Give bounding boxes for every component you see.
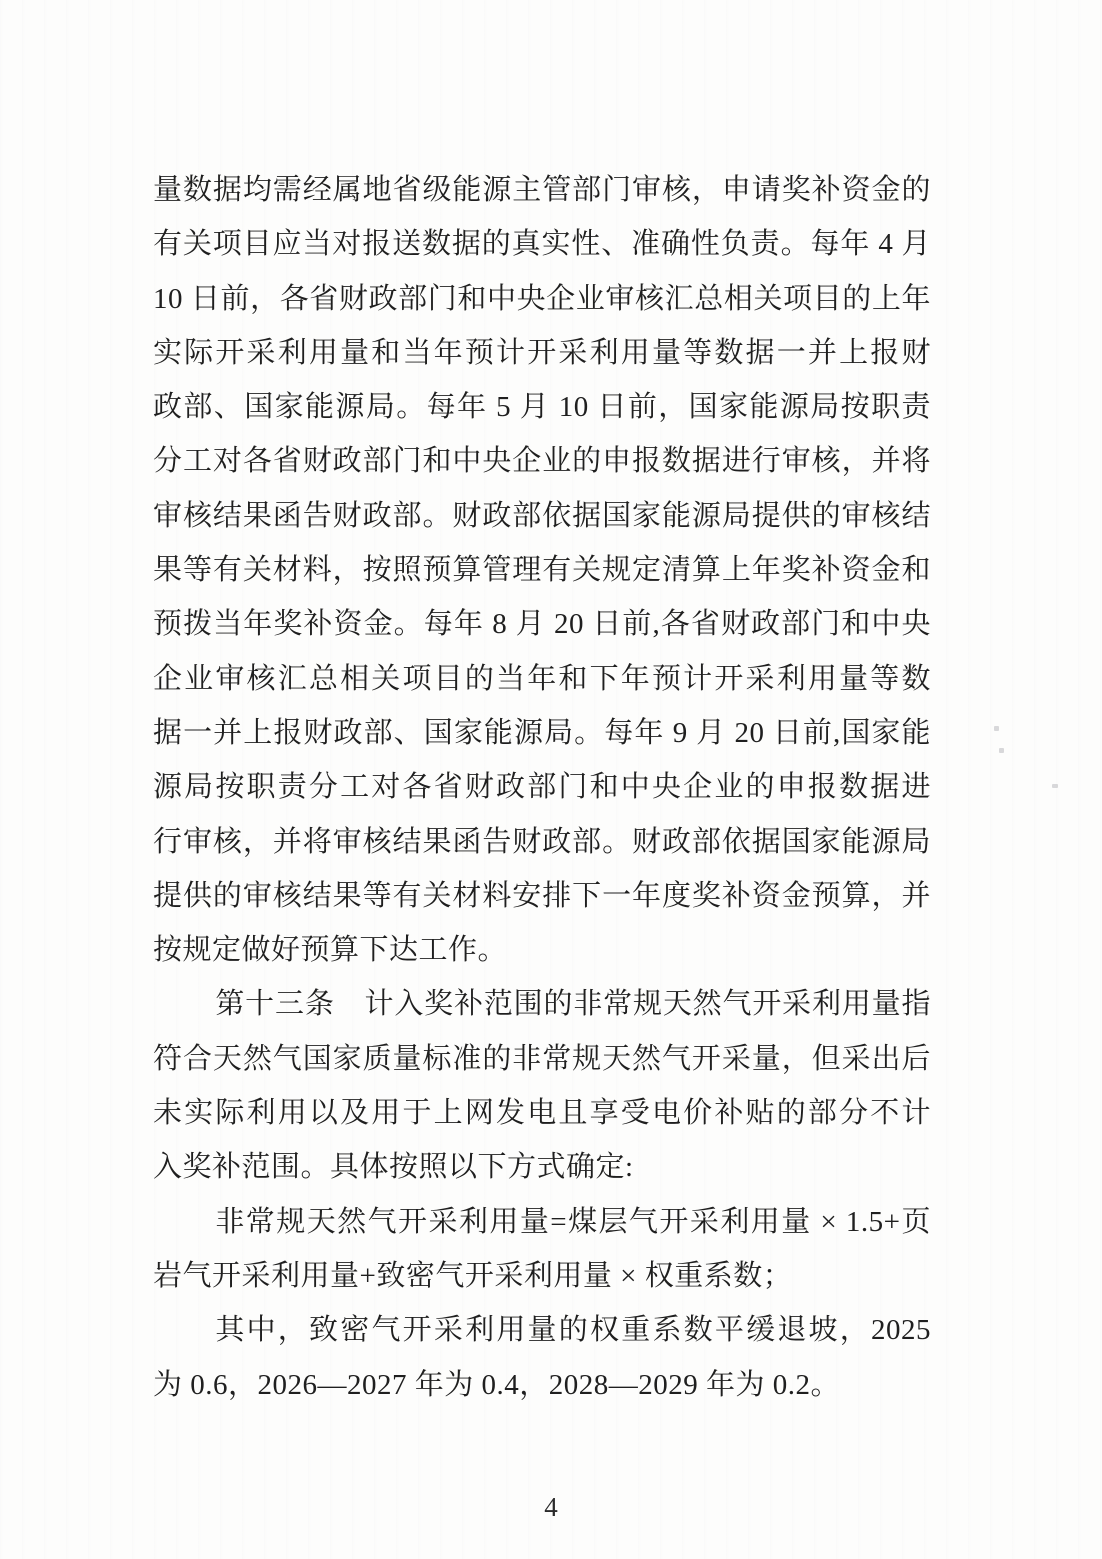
text-line: 10 日前，各省财政部门和中央企业审核汇总相关项目的上年 (153, 272, 931, 326)
page-number: 4 (0, 1492, 1102, 1523)
text-line: 量数据均需经属地省级能源主管部门审核，申请奖补资金的 (153, 163, 931, 217)
text-line-formula: 岩气开采利用量+致密气开采利用量 × 权重系数； (153, 1249, 931, 1303)
text-line-article-13: 第十三条 计入奖补范围的非常规天然气开采利用量指 (153, 977, 931, 1031)
text-line: 源局按职责分工对各省财政部门和中央企业的申报数据进 (153, 760, 931, 814)
text-line: 未实际利用以及用于上网发电且享受电价补贴的部分不计 (153, 1086, 931, 1140)
text-line: 按规定做好预算下达工作。 (153, 923, 931, 977)
scan-speck (1052, 784, 1058, 788)
text-line: 政部、国家能源局。每年 5 月 10 日前，国家能源局按职责 (153, 380, 931, 434)
text-line: 企业审核汇总相关项目的当年和下年预计开采利用量等数 (153, 652, 931, 706)
text-line: 有关项目应当对报送数据的真实性、准确性负责。每年 4 月 (153, 217, 931, 271)
text-line: 为 0.6，2026—2027 年为 0.4，2028—2029 年为 0.2。 (153, 1358, 931, 1412)
body-text: 量数据均需经属地省级能源主管部门审核，申请奖补资金的 有关项目应当对报送数据的真… (153, 163, 931, 1412)
scan-speck (999, 748, 1004, 753)
text-line: 入奖补范围。具体按照以下方式确定: (153, 1140, 931, 1194)
text-line: 审核结果函告财政部。财政部依据国家能源局提供的审核结 (153, 489, 931, 543)
text-line: 提供的审核结果等有关材料安排下一年度奖补资金预算，并 (153, 869, 931, 923)
text-line: 预拨当年奖补资金。每年 8 月 20 日前,各省财政部门和中央 (153, 597, 931, 651)
document-page: 量数据均需经属地省级能源主管部门审核，申请奖补资金的 有关项目应当对报送数据的真… (0, 0, 1102, 1559)
text-line: 符合天然气国家质量标准的非常规天然气开采量，但采出后 (153, 1032, 931, 1086)
text-line: 果等有关材料，按照预算管理有关规定清算上年奖补资金和 (153, 543, 931, 597)
text-line: 行审核，并将审核结果函告财政部。财政部依据国家能源局 (153, 815, 931, 869)
text-line-formula: 非常规天然气开采利用量=煤层气开采利用量 × 1.5+页 (153, 1195, 931, 1249)
text-line: 实际开采利用量和当年预计开采利用量等数据一并上报财 (153, 326, 931, 380)
text-line: 据一并上报财政部、国家能源局。每年 9 月 20 日前,国家能 (153, 706, 931, 760)
scan-speck (994, 726, 999, 731)
text-line: 其中，致密气开采利用量的权重系数平缓退坡，2025 年 (153, 1303, 931, 1357)
text-line: 分工对各省财政部门和中央企业的申报数据进行审核，并将 (153, 434, 931, 488)
